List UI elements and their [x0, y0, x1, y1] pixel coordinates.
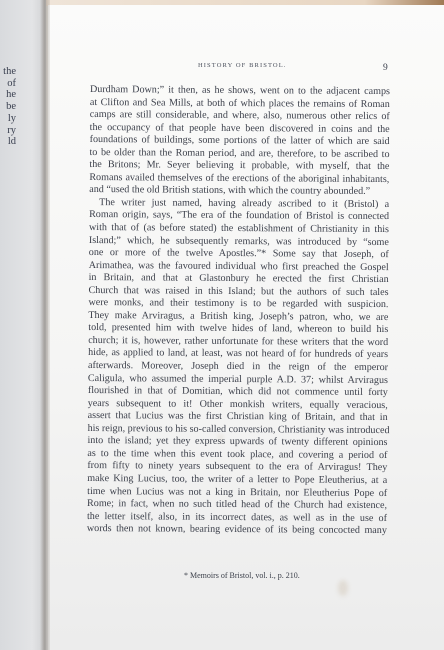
left-fragment: of [2, 78, 16, 90]
running-head: HISTORY OF BRISTOL. [198, 62, 287, 69]
book-spine-shadow [40, 0, 50, 650]
footnote: * Memoirs of Bristol, vol. i., p. 210. [184, 571, 300, 580]
left-fragment: ld [2, 136, 16, 148]
body-text: Durdham Down;” it then, as he shows, wen… [87, 84, 390, 538]
left-page-text-fragments: the of he be ly ry ld [2, 66, 16, 148]
left-fragment: ry [2, 125, 16, 137]
left-fragment: the [2, 66, 16, 78]
right-page: HISTORY OF BRISTOL. 9 Durdham Down;” it … [48, 5, 444, 650]
page-number: 9 [383, 63, 388, 73]
text-line: words then not known, bearing evidence o… [87, 523, 387, 538]
paper-stain [218, 435, 223, 440]
left-fragment: ly [2, 113, 16, 125]
left-fragment: be [2, 101, 16, 113]
book-photo: the of he be ly ry ld HISTORY OF BRISTOL… [0, 0, 444, 650]
paper-stain [338, 580, 348, 596]
left-fragment: he [2, 89, 16, 101]
